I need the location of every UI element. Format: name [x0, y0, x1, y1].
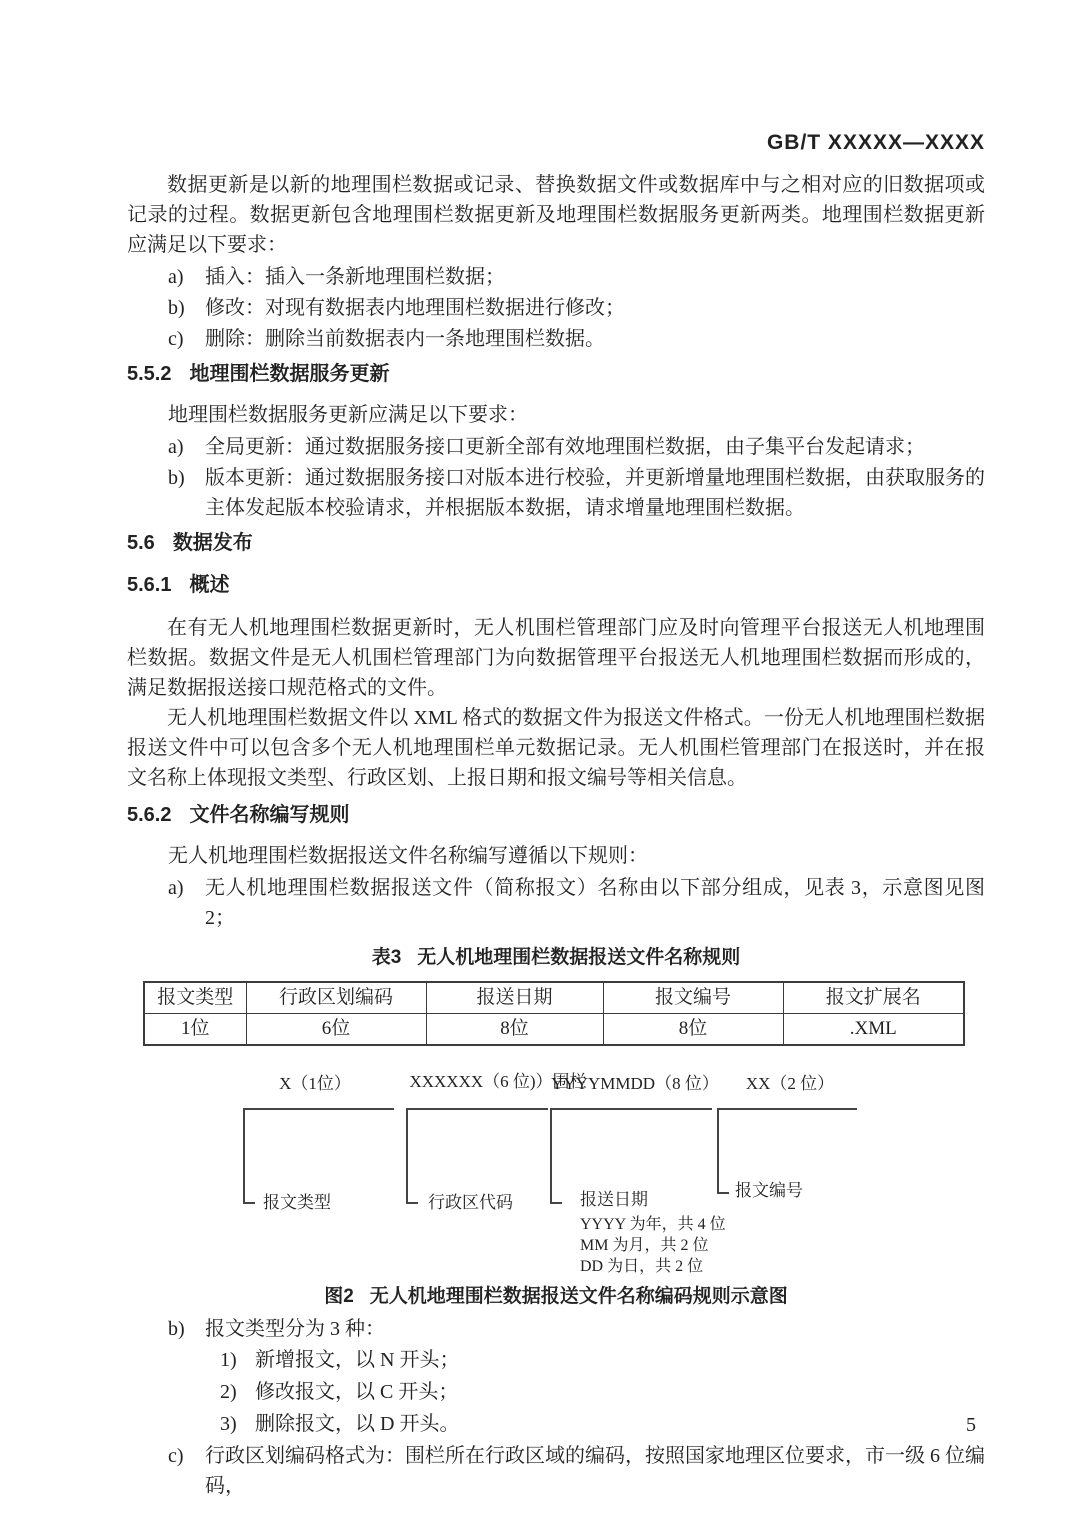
- list-marker: a): [168, 432, 184, 462]
- table3-value-cell: 8位: [426, 1014, 603, 1046]
- list-item-text: 全局更新：通过数据服务接口更新全部有效地理围栏数据，由子集平台发起请求；: [205, 436, 925, 458]
- table3-value-cell: 1位: [144, 1014, 246, 1046]
- figure2-caption: 图2无人机地理围栏数据报送文件名称编码规则示意图: [127, 1284, 985, 1310]
- list-marker: c): [168, 324, 184, 354]
- list-item-text: 删除报文，以 D 开头。: [255, 1413, 459, 1435]
- list-marker: 3): [220, 1409, 237, 1439]
- list-item: b) 版本更新：通过数据服务接口对版本进行校验，并更新增量地理围栏数据，由获取服…: [127, 463, 985, 523]
- figure2-top-label: X（1位）: [279, 1075, 351, 1093]
- list-item-text: 行政区划编码格式为：围栏所在行政区域的编码，按照国家地理区位要求，市一级 6 位…: [205, 1445, 985, 1497]
- bracket-admin-code: [406, 1108, 548, 1204]
- table3-value-cell: 8位: [603, 1014, 783, 1046]
- figure2-diagram: X（1位） XXXXXX（6 位)）围栏 YYYYMMDD（8 位） XX（2 …: [127, 1070, 985, 1282]
- list-marker: 1): [220, 1345, 237, 1375]
- list-item-text: 新增报文，以 N 开头；: [255, 1349, 459, 1371]
- section-number: 5.6: [127, 532, 155, 554]
- figure2-date-note: DD 为日，共 2 位: [580, 1258, 703, 1276]
- table3-caption: 表3无人机地理围栏数据报送文件名称规则: [127, 945, 985, 971]
- list-item: b) 修改：对现有数据表内地理围栏数据进行修改；: [127, 293, 985, 323]
- section-number: 5.6.2: [127, 804, 171, 826]
- table3-header-cell: 报送日期: [426, 982, 603, 1014]
- list-item-a: a) 无人机地理围栏数据报送文件（简称报文）名称由以下部分组成，见表 3，示意图…: [127, 873, 985, 933]
- bracket-message-type: [243, 1108, 394, 1204]
- figure2-top-label: XX（2 位）: [746, 1075, 834, 1093]
- list-marker: a): [168, 873, 184, 903]
- table3-caption-title: 无人机地理围栏数据报送文件名称规则: [417, 947, 740, 968]
- sub-list-item: 2) 修改报文，以 C 开头；: [127, 1377, 985, 1407]
- figure2-bottom-label: 行政区代码: [428, 1194, 513, 1212]
- sub-list-item: 3) 删除报文，以 D 开头。: [127, 1409, 985, 1439]
- list-marker: a): [168, 262, 184, 292]
- list-item-text: 无人机地理围栏数据报送文件（简称报文）名称由以下部分组成，见表 3，示意图见图 …: [205, 877, 985, 929]
- intro-list: a) 插入：插入一条新地理围栏数据； b) 修改：对现有数据表内地理围栏数据进行…: [127, 262, 985, 354]
- table3-caption-label: 表3: [372, 947, 402, 968]
- document-page: GB/T XXXXX—XXXX 数据更新是以新的地理围栏数据或记录、替换数据文件…: [0, 0, 1080, 1528]
- list-marker: 2): [220, 1377, 237, 1407]
- figure2-caption-label: 图2: [324, 1286, 354, 1307]
- figure2-caption-title: 无人机地理围栏数据报送文件名称编码规则示意图: [370, 1286, 788, 1307]
- table3-header-cell: 报文类型: [144, 982, 246, 1014]
- section-title: 地理围栏数据服务更新: [189, 363, 389, 385]
- figure2-top-label: YYYYMMDD（8 位）: [551, 1075, 719, 1093]
- list-item-text: 版本更新：通过数据服务接口对版本进行校验，并更新增量地理围栏数据，由获取服务的主…: [205, 467, 985, 519]
- table3-header-cell: 报文扩展名: [783, 982, 964, 1014]
- list-item: c) 删除：删除当前数据表内一条地理围栏数据。: [127, 324, 985, 354]
- list-marker: b): [168, 1314, 185, 1344]
- sub-list-item: 1) 新增报文，以 N 开头；: [127, 1345, 985, 1375]
- section-552-paragraph: 地理围栏数据服务更新应满足以下要求：: [127, 400, 985, 430]
- section-562-list: a) 无人机地理围栏数据报送文件（简称报文）名称由以下部分组成，见表 3，示意图…: [127, 873, 985, 933]
- section-title: 概述: [189, 574, 229, 596]
- section-heading-552: 5.5.2地理围栏数据服务更新: [127, 360, 985, 388]
- section-heading-56: 5.6数据发布: [127, 529, 985, 557]
- section-552-list: a) 全局更新：通过数据服务接口更新全部有效地理围栏数据，由子集平台发起请求； …: [127, 432, 985, 523]
- table3-header-cell: 报文编号: [603, 982, 783, 1014]
- list-item-text: 修改：对现有数据表内地理围栏数据进行修改；: [205, 297, 625, 319]
- table3-value-row: 1位 6位 8位 8位 .XML: [144, 1014, 964, 1046]
- figure2-date-note: YYYY 为年，共 4 位: [580, 1216, 726, 1234]
- list-item: a) 插入：插入一条新地理围栏数据；: [127, 262, 985, 292]
- table3-value-cell: .XML: [783, 1014, 964, 1046]
- figure2-bottom-label: 报文类型: [263, 1194, 331, 1212]
- intro-paragraph: 数据更新是以新的地理围栏数据或记录、替换数据文件或数据库中与之相对应的旧数据项或…: [127, 170, 985, 260]
- table3: 报文类型 行政区划编码 报送日期 报文编号 报文扩展名 1位 6位 8位 8位 …: [143, 981, 965, 1046]
- list-item-text: 修改报文，以 C 开头；: [255, 1381, 458, 1403]
- section-heading-561: 5.6.1概述: [127, 571, 985, 599]
- section-562-paragraph: 无人机地理围栏数据报送文件名称编写遵循以下规则：: [127, 841, 985, 871]
- figure2-bottom-label: 报送日期: [580, 1191, 648, 1209]
- list-item: a) 全局更新：通过数据服务接口更新全部有效地理围栏数据，由子集平台发起请求；: [127, 432, 985, 462]
- table3-header-row: 报文类型 行政区划编码 报送日期 报文编号 报文扩展名: [144, 982, 964, 1014]
- table3-value-cell: 6位: [246, 1014, 426, 1046]
- section-561-paragraph-2: 无人机地理围栏数据文件以 XML 格式的数据文件为报送文件格式。一份无人机地理围…: [127, 703, 985, 793]
- list-item-text: 删除：删除当前数据表内一条地理围栏数据。: [205, 328, 605, 350]
- section-number: 5.5.2: [127, 363, 171, 385]
- section-title: 数据发布: [173, 532, 253, 554]
- page-number: 5: [966, 1414, 976, 1437]
- list-item-text: 插入：插入一条新地理围栏数据；: [205, 266, 505, 288]
- section-562-list-continued: b) 报文类型分为 3 种： 1) 新增报文，以 N 开头； 2) 修改报文，以…: [127, 1314, 985, 1501]
- figure2-date-note: MM 为月，共 2 位: [580, 1237, 708, 1255]
- list-item-text: 报文类型分为 3 种：: [205, 1318, 385, 1340]
- list-item-b: b) 报文类型分为 3 种：: [127, 1314, 985, 1344]
- list-marker: b): [168, 463, 185, 493]
- standard-code-header: GB/T XXXXX—XXXX: [127, 132, 985, 154]
- section-heading-562: 5.6.2文件名称编写规则: [127, 801, 985, 829]
- list-item-c: c) 行政区划编码格式为：围栏所在行政区域的编码，按照国家地理区位要求，市一级 …: [127, 1441, 985, 1501]
- figure2-bottom-label: 报文编号: [735, 1182, 803, 1200]
- section-number: 5.6.1: [127, 574, 171, 596]
- table3-header-cell: 行政区划编码: [246, 982, 426, 1014]
- list-marker: c): [168, 1441, 184, 1471]
- section-561-paragraph-1: 在有无人机地理围栏数据更新时，无人机围栏管理部门应及时向管理平台报送无人机地理围…: [127, 613, 985, 703]
- section-title: 文件名称编写规则: [189, 804, 349, 826]
- page-content: GB/T XXXXX—XXXX 数据更新是以新的地理围栏数据或记录、替换数据文件…: [127, 0, 985, 1502]
- list-marker: b): [168, 293, 185, 323]
